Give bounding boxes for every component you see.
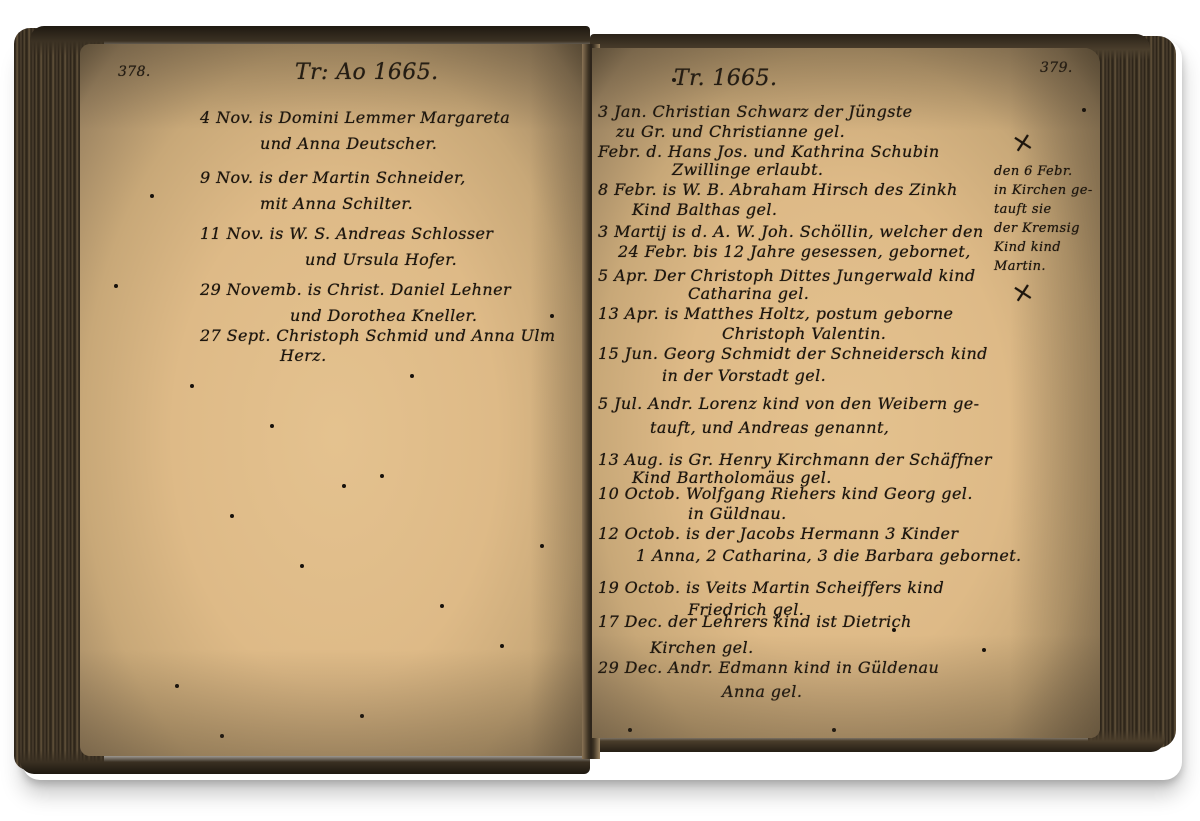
right-page-stack-edge <box>1088 36 1176 748</box>
ink-speck <box>832 728 836 732</box>
right-page-heading: Tr. 1665. <box>674 66 777 91</box>
right-entry-3-line2: Kind Balthas gel. <box>632 200 777 219</box>
ink-speck <box>230 514 234 518</box>
right-entry-3-line1: 8 Febr. is W. B. Abraham Hirsch des Zink… <box>598 180 958 199</box>
ink-speck <box>440 604 444 608</box>
ink-speck <box>175 684 179 688</box>
right-entry-8-line1: 5 Jul. Andr. Lorenz kind von den Weibern… <box>598 394 979 413</box>
ink-speck <box>360 714 364 718</box>
left-entry-1-line2: und Anna Deutscher. <box>260 134 437 153</box>
left-entry-3-line1: 11 Nov. is W. S. Andreas Schlosser <box>200 224 493 243</box>
left-entry-1-line1: 4 Nov. is Domini Lemmer Margareta <box>200 108 510 127</box>
right-page: Tr. 1665. 379. 3 Jan. Christian Schwarz … <box>592 48 1100 738</box>
left-page-heading: Tr: Ao 1665. <box>295 60 439 85</box>
left-entry-2-line2: mit Anna Schilter. <box>260 194 413 213</box>
left-entry-4-line1: 29 Novemb. is Christ. Daniel Lehner <box>200 280 511 299</box>
right-entry-14-line2: Anna gel. <box>722 682 802 701</box>
right-entry-2-line2: Zwillinge erlaubt. <box>672 160 823 179</box>
margin-cross-mark-top: × <box>1009 126 1037 160</box>
left-entry-5-line1: 27 Sept. Christoph Schmid und Anna Ulm <box>200 326 555 345</box>
left-entry-2-line1: 9 Nov. is der Martin Schneider, <box>200 168 466 187</box>
ink-speck <box>270 424 274 428</box>
right-entry-6-line2: Christoph Valentin. <box>722 324 886 343</box>
left-entry-4-line2: und Dorothea Kneller. <box>290 306 477 325</box>
right-entry-14-line1: 29 Dec. Andr. Edmann kind in Güldenau <box>598 658 939 677</box>
ink-speck <box>342 484 346 488</box>
ink-speck <box>982 648 986 652</box>
ink-speck <box>410 374 414 378</box>
ink-speck <box>628 728 632 732</box>
right-entry-11-line1: 12 Octob. is der Jacobs Hermann 3 Kinder <box>598 524 958 543</box>
ink-speck <box>892 628 896 632</box>
right-entry-1-line2: zu Gr. und Christianne gel. <box>616 122 845 141</box>
ink-speck <box>1082 108 1086 112</box>
right-entry-2-line1: Febr. d. Hans Jos. und Kathrina Schubin <box>598 142 940 161</box>
ink-speck <box>220 734 224 738</box>
left-page-number: 378. <box>118 64 151 80</box>
right-entry-6-line1: 13 Apr. is Matthes Holtz, postum geborne <box>598 304 953 323</box>
right-entry-11-line2: 1 Anna, 2 Catharina, 3 die Barbara gebor… <box>636 546 1022 565</box>
right-entry-5-line1: 5 Apr. Der Christoph Dittes Jungerwald k… <box>598 266 976 285</box>
ink-speck <box>500 644 504 648</box>
right-entry-10-line1: 10 Octob. Wolfgang Riehers kind Georg ge… <box>598 484 973 503</box>
right-entry-9-line1: 13 Aug. is Gr. Henry Kirchmann der Schäf… <box>598 450 992 469</box>
right-entry-8-line2: tauft, und Andreas genannt, <box>650 418 889 437</box>
left-page: 378. Tr: Ao 1665. 4 Nov. is Domini Lemme… <box>80 44 590 756</box>
right-entry-1-line1: 3 Jan. Christian Schwarz der Jüngste <box>598 102 913 121</box>
margin-note: den 6 Febr. in Kirchen ge- tauft sie der… <box>994 162 1093 276</box>
right-entry-10-line2: in Güldnau. <box>688 504 787 523</box>
right-entry-12-line1: 19 Octob. is Veits Martin Scheiffers kin… <box>598 578 944 597</box>
right-entry-4-line2: 24 Febr. bis 12 Jahre gesessen, gebornet… <box>618 242 971 261</box>
left-entry-3-line2: und Ursula Hofer. <box>305 250 457 269</box>
ink-speck <box>114 284 118 288</box>
ink-speck <box>300 564 304 568</box>
left-entry-5-line2: Herz. <box>280 346 327 365</box>
ink-speck <box>540 544 544 548</box>
book-photo: 378. Tr: Ao 1665. 4 Nov. is Domini Lemme… <box>0 0 1200 821</box>
ink-speck <box>550 314 554 318</box>
right-entry-7-line2: in der Vorstadt gel. <box>662 366 826 385</box>
ink-speck <box>672 78 676 82</box>
right-entry-5-line2: Catharina gel. <box>688 284 809 303</box>
margin-cross-mark-bottom: × <box>1009 276 1037 310</box>
right-entry-13-line1: 17 Dec. der Lehrers kind ist Dietrich <box>598 612 912 631</box>
ink-speck <box>380 474 384 478</box>
ink-speck <box>150 194 154 198</box>
right-page-number: 379. <box>1040 60 1073 76</box>
right-entry-4-line1: 3 Martij is d. A. W. Joh. Schöllin, welc… <box>598 222 984 241</box>
ink-speck <box>190 384 194 388</box>
right-entry-13-line2: Kirchen gel. <box>650 638 754 657</box>
right-entry-7-line1: 15 Jun. Georg Schmidt der Schneidersch k… <box>598 344 988 363</box>
